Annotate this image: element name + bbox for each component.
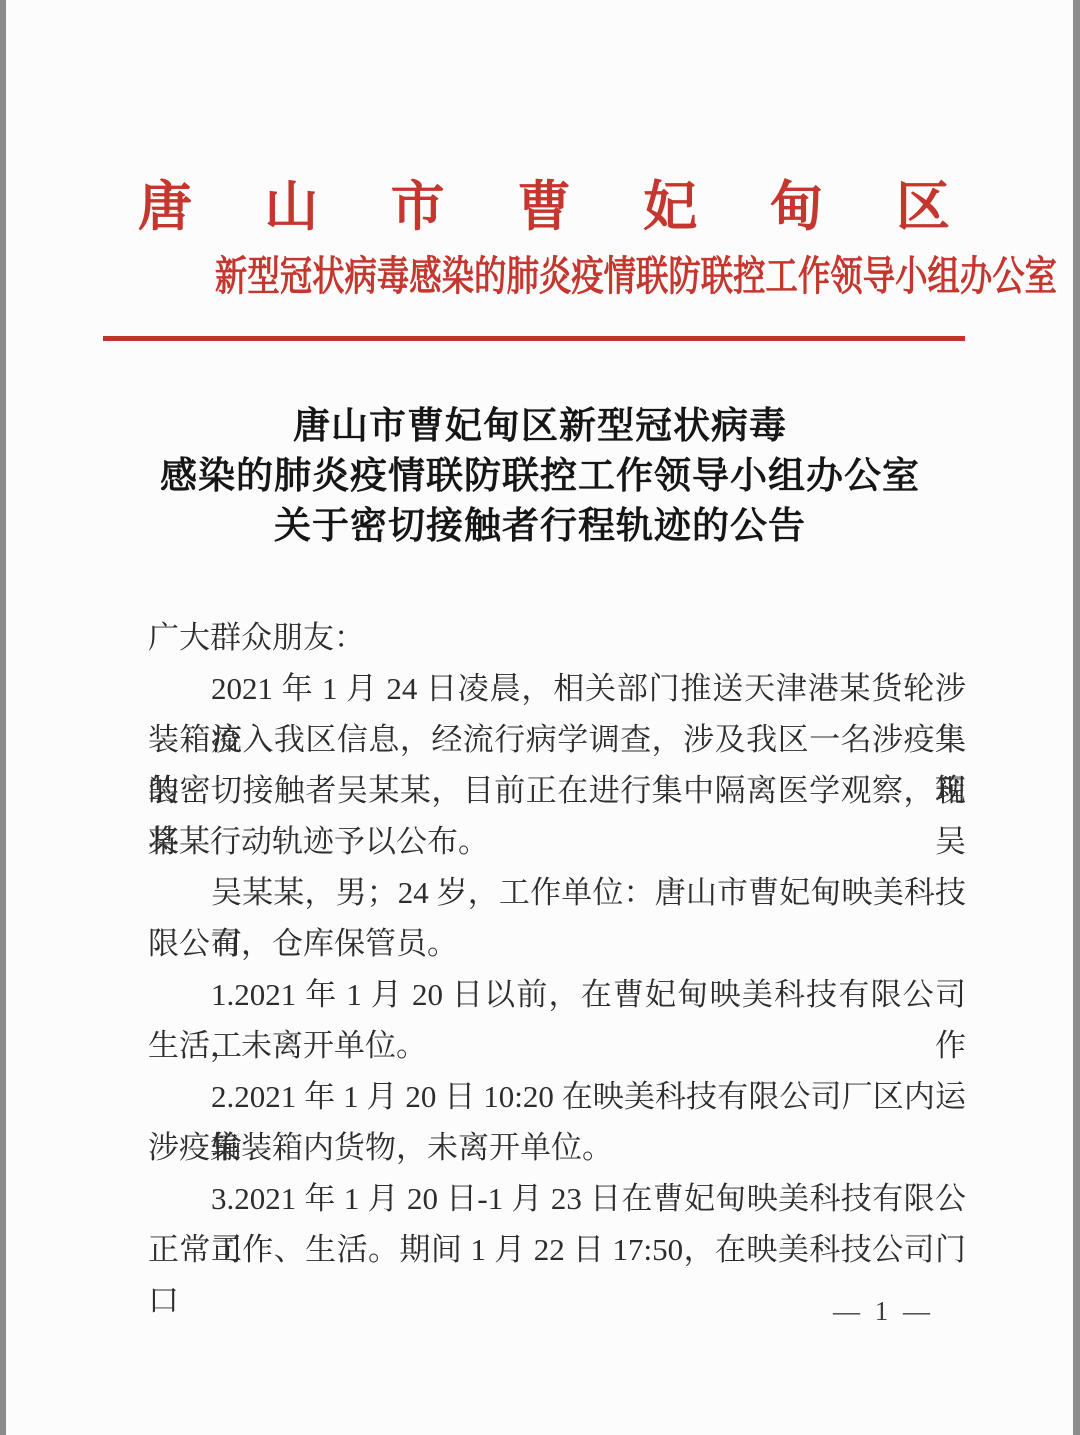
body-line: 的密切接触者吴某某，目前正在进行集中隔离医学观察，现将吴	[148, 765, 966, 816]
scan-edge-left	[0, 0, 6, 1435]
title-line-2: 感染的肺炎疫情联防联控工作领导小组办公室	[0, 452, 1080, 502]
issuing-org-office: 新型冠状病毒感染的肺炎疫情联防联控工作领导小组办公室	[215, 243, 1057, 302]
document-title: 唐山市曹妃甸区新型冠状病毒 感染的肺炎疫情联防联控工作领导小组办公室 关于密切接…	[0, 402, 1080, 552]
body-line: 2.2021 年 1 月 20 日 10:20 在映美科技有限公司厂区内运输	[148, 1071, 966, 1122]
body-line: 正常工作、生活。期间 1 月 22 日 17:50，在映美科技公司门口	[148, 1224, 966, 1275]
letterhead-divider	[103, 336, 965, 341]
salutation: 广大群众朋友：	[148, 612, 966, 663]
org-name-char: 曹	[517, 164, 571, 241]
org-name-char: 唐	[138, 164, 192, 241]
org-name-char: 山	[264, 164, 318, 241]
body-line: 装箱流入我区信息，经流行病学调查，涉及我区一名涉疫集装箱	[148, 714, 966, 765]
body-line: 限公司，仓库保管员。	[148, 918, 966, 969]
body-line: 3.2021 年 1 月 20 日-1 月 23 日在曹妃甸映美科技有限公司	[148, 1173, 966, 1224]
issuing-org-office-row: 新型冠状病毒感染的肺炎疫情联防联控工作领导小组办公室	[103, 243, 965, 302]
body-line: 吴某某，男；24 岁，工作单位：唐山市曹妃甸映美科技有	[148, 867, 966, 918]
issuing-org-name: 唐山市曹妃甸区	[138, 172, 950, 232]
org-name-char: 市	[391, 164, 445, 241]
title-line-3: 关于密切接触者行程轨迹的公告	[0, 502, 1080, 552]
body-line: 涉疫集装箱内货物，未离开单位。	[148, 1122, 966, 1173]
body-line: 2021 年 1 月 24 日凌晨，相关部门推送天津港某货轮涉疫集	[148, 663, 966, 714]
page-number: — 1 —	[833, 1296, 934, 1327]
org-name-char: 区	[896, 164, 950, 241]
org-name-char: 甸	[770, 164, 824, 241]
scan-edge-right	[1073, 0, 1080, 1435]
document-body: 广大群众朋友： 2021 年 1 月 24 日凌晨，相关部门推送天津港某货轮涉疫…	[148, 612, 966, 1275]
body-line: 1.2021 年 1 月 20 日以前，在曹妃甸映美科技有限公司工作	[148, 969, 966, 1020]
scanned-document-page: 唐山市曹妃甸区 新型冠状病毒感染的肺炎疫情联防联控工作领导小组办公室 唐山市曹妃…	[0, 0, 1080, 1435]
title-line-1: 唐山市曹妃甸区新型冠状病毒	[0, 402, 1080, 452]
org-name-char: 妃	[643, 164, 697, 241]
